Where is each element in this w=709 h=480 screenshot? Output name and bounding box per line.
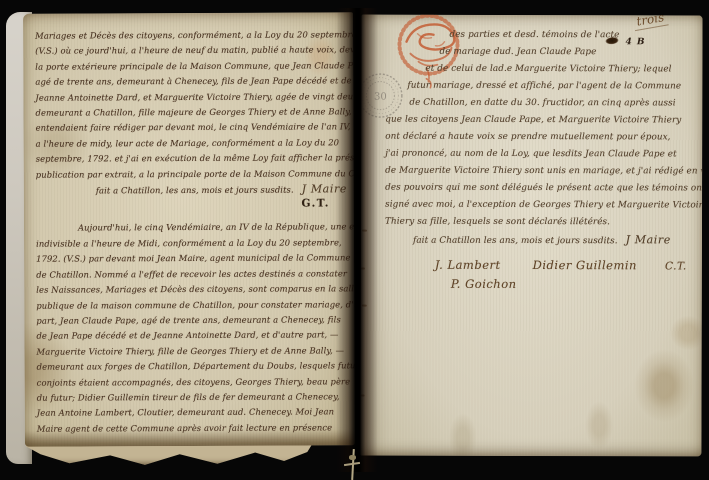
ink-bleed-mark bbox=[361, 268, 365, 270]
manuscript-line: de Jean Pape décédé et de Jeanne Antoine… bbox=[36, 328, 352, 345]
manuscript-line: la porte extérieure principale de la Mai… bbox=[35, 58, 351, 75]
manuscript-line: indivisible a l'heure de Midi, conformém… bbox=[36, 235, 352, 252]
manuscript-line: C.T. bbox=[665, 258, 687, 275]
manuscript-line: du futur; Didier Guillemin tireur de fil… bbox=[37, 389, 353, 406]
manuscript-line: a l'heure de midy, leur acte de Mariage,… bbox=[36, 135, 352, 152]
ink-bleed-mark bbox=[362, 230, 367, 232]
right-closing-signature: J Maire bbox=[618, 233, 671, 246]
manuscript-line: Mariages et Décès des citoyens, conformé… bbox=[35, 27, 351, 44]
manuscript-scan: Mariages et Décès des citoyens, conformé… bbox=[0, 0, 709, 480]
left-paragraph-2: Aujourd'hui, le cinq Vendémiaire, an IV … bbox=[36, 220, 353, 437]
manuscript-line: de Chatillon, en datte du 30. fructidor,… bbox=[385, 95, 698, 113]
manuscript-line: des parties et desd. témoins de l'acte bbox=[386, 27, 699, 45]
manuscript-line: signé avec moi, a l'exception de Georges… bbox=[385, 197, 698, 215]
manuscript-line: 1792. (V.S.) par devant moi Jean Maire, … bbox=[36, 251, 352, 268]
manuscript-line: les Naissances, Mariages et Décès des ci… bbox=[36, 281, 352, 298]
manuscript-line: agé de trente ans, demeurant à Chenecey,… bbox=[35, 74, 351, 91]
left-closing-text: fait a Chatillon, les ans, mois et jours… bbox=[96, 185, 294, 196]
manuscript-line: ont déclaré a haute voix se prendre mutu… bbox=[385, 129, 698, 147]
manuscript-line: (V.S.) où ce jourd'hui, a l'heure de neu… bbox=[35, 43, 351, 60]
left-closing-line: fait a Chatillon, les ans, mois et jours… bbox=[36, 181, 352, 199]
manuscript-line: entendaient faire rédiger par devant moi… bbox=[36, 120, 352, 137]
manuscript-line: publique de la maison commune de Chatill… bbox=[36, 297, 352, 314]
binding-tie bbox=[344, 449, 362, 480]
manuscript-line: de Marguerite Victoire Thiery sont unis … bbox=[385, 163, 698, 181]
manuscript-line: de mariage dud. Jean Claude Pape bbox=[385, 44, 698, 62]
left-paragraph-1: Mariages et Décès des citoyens, conformé… bbox=[35, 27, 352, 182]
manuscript-line: Jean Antoine Lambert, Cloutier, demeuran… bbox=[37, 405, 353, 422]
manuscript-line: Jeanne Antoinette Dard, et Marguerite Vi… bbox=[35, 89, 351, 106]
manuscript-line: part, Jean Claude Pape, agé de trente an… bbox=[36, 312, 352, 329]
right-closing-text: fait a Chatillon les ans, mois et jours … bbox=[413, 236, 618, 247]
left-page: Mariages et Décès des citoyens, conformé… bbox=[23, 12, 355, 446]
manuscript-line: Didier Guillemin bbox=[533, 257, 637, 274]
manuscript-line: septembre, 1792. et j'ai en exécution de… bbox=[36, 151, 352, 168]
right-page-text: des parties et desd. témoins de l'actede… bbox=[385, 27, 699, 296]
ink-bleed-mark bbox=[362, 305, 367, 307]
manuscript-line: de Chatillon. Nommé a l'effet de recevoi… bbox=[36, 266, 352, 283]
manuscript-line: que les citoyens Jean Claude Pape, et Ma… bbox=[385, 112, 698, 130]
manuscript-line: futur mariage, dressé et affiché, par l'… bbox=[385, 78, 698, 96]
manuscript-line: conjoints étaient accompagnés, des citoy… bbox=[37, 374, 353, 391]
manuscript-line: demeurant a Chatillon, fille majeure de … bbox=[35, 104, 351, 121]
signature-row: J. LambertDidier GuilleminC.T.P. Goichon bbox=[385, 257, 698, 296]
ink-bleed-mark bbox=[361, 395, 365, 397]
manuscript-line: Aujourd'hui, le cinq Vendémiaire, an IV … bbox=[36, 220, 352, 237]
manuscript-line: Maire agent de cette Commune après avoir… bbox=[37, 420, 353, 437]
manuscript-line: j'ai prononcé, au nom de la Loy, que les… bbox=[385, 146, 698, 164]
manuscript-line: Thiery sa fille, lesquels se sont déclar… bbox=[385, 214, 698, 232]
manuscript-line: J. Lambert bbox=[435, 257, 501, 274]
right-paragraph: des parties et desd. témoins de l'actede… bbox=[385, 27, 699, 232]
manuscript-line: et de celui de lad.e Marguerite Victoire… bbox=[385, 61, 698, 79]
witness-initials: G.T. bbox=[36, 198, 352, 212]
manuscript-line: demeurant aux forges de Chatillon, Dépar… bbox=[37, 358, 353, 375]
manuscript-line: des pouvoirs qui me sont délégués le pré… bbox=[385, 180, 698, 198]
right-page: 30 trois 4 B des parties et desd. témoin… bbox=[360, 15, 702, 457]
binding-tie-knot bbox=[349, 455, 356, 460]
manuscript-line: Marguerite Victoire Thiery, fille de Geo… bbox=[36, 343, 352, 360]
right-closing-line: fait a Chatillon les ans, mois et jours … bbox=[385, 231, 698, 251]
left-closing-signature: J Maire bbox=[294, 182, 347, 195]
manuscript-line: P. Goichon bbox=[451, 276, 517, 293]
manuscript-line: publication par extrait, a la principale… bbox=[36, 166, 352, 183]
left-page-text: Mariages et Décès des citoyens, conformé… bbox=[35, 27, 353, 437]
